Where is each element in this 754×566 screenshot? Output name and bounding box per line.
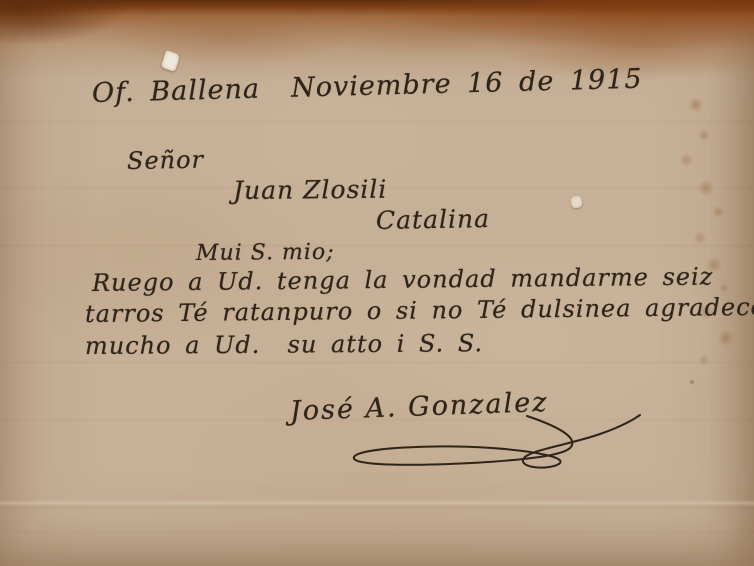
body-line: mucho a Ud. su atto i S. S. bbox=[85, 329, 483, 360]
right-foxing-stains bbox=[634, 60, 754, 400]
signature: José A. Gonzalez bbox=[289, 387, 548, 427]
greeting-line: Mui S. mio; bbox=[196, 240, 335, 266]
torn-paper-spot bbox=[161, 50, 181, 72]
letter-photo: Of. Ballena Noviembre 16 de 1915 Señor J… bbox=[0, 0, 754, 566]
body-line: tarros Té ratanpuro o si no Té dulsinea … bbox=[85, 293, 754, 328]
salutation: Señor bbox=[127, 146, 205, 175]
recipient-name: Juan Zlosili bbox=[233, 175, 388, 205]
torn-paper-spot bbox=[570, 195, 583, 209]
recipient-location: Catalina bbox=[376, 204, 490, 235]
body-line: Ruego a Ud. tenga la vondad mandarme sei… bbox=[92, 262, 714, 297]
